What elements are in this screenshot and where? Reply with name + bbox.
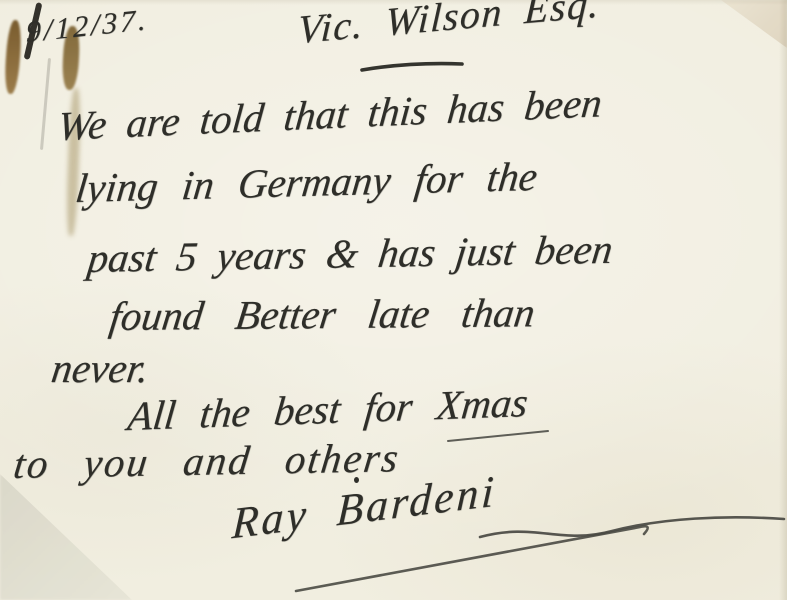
note-line: lying in Germany for the	[73, 152, 540, 212]
note-line: past 5 years & has just been	[85, 225, 615, 282]
note-recipient: Vic. Wilson Esq.	[297, 0, 602, 53]
card-edge-right	[779, 0, 787, 600]
note-line: We are told that this has been	[56, 78, 605, 150]
pencil-line-mark	[40, 58, 51, 150]
note-line: All the best for Xmas	[125, 378, 530, 440]
note-line: to you and others	[11, 433, 403, 488]
corner-shadow-top-right	[721, 0, 787, 48]
note-line: never.	[49, 344, 153, 392]
note-line: found Better late than	[107, 288, 538, 340]
corner-shadow-bottom-left	[0, 474, 132, 600]
note-paper: 9/12/37. Vic. Wilson Esq. We are told th…	[0, 0, 787, 600]
brown-stain	[3, 20, 22, 95]
note-date: 9/12/37.	[26, 3, 148, 50]
